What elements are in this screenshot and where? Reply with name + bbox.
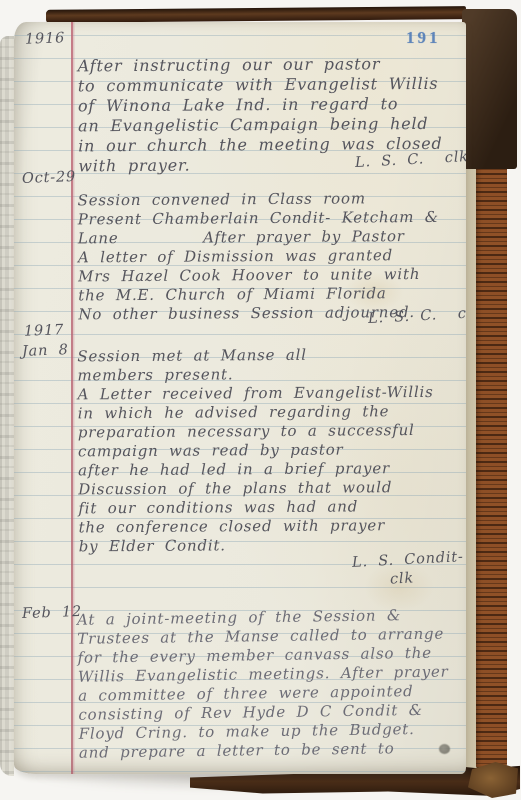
handwritten-line: an Evangelistic Campaign being held [78, 114, 466, 137]
handwritten-line: preparation necessary to a successful [78, 421, 466, 443]
ink-blot [439, 744, 450, 754]
margin-date-oct29: Oct-29 [22, 169, 77, 187]
handwritten-line: Present Chamberlain Condit- Ketcham & [78, 208, 466, 230]
minutes-entry-feb12: At a joint-meeting of the Session &Trust… [77, 605, 466, 762]
red-margin-line [71, 22, 73, 774]
margin-date-feb12: Feb 12 [22, 604, 83, 622]
minutes-entry-oct29: Session convened in Class roomPresent Ch… [78, 189, 466, 325]
page-number: 191 [406, 28, 441, 48]
handwritten-line: of Winona Lake Ind. in regard to [78, 94, 466, 117]
book-cover-corner [462, 9, 517, 169]
ledger-page: 191 1916 Oct-29 1917 Jan 8 Feb 12 After … [14, 22, 466, 774]
margin-year-1916: 1916 [25, 30, 66, 47]
handwritten-line: A Letter received from Evangelist-Willis [78, 383, 466, 405]
handwritten-line: After instructing our our pastor [78, 54, 466, 77]
clerk-signature-title: clk [390, 570, 415, 587]
handwritten-line: to communicate with Evangelist Willis [78, 74, 466, 97]
margin-year-1917: 1917 [24, 322, 65, 339]
scanned-photo: 191 1916 Oct-29 1917 Jan 8 Feb 12 After … [0, 0, 521, 800]
handwritten-line: Mrs Hazel Cook Hoover to unite with [78, 265, 466, 287]
minutes-entry-jan8: Session met at Manse allmembers present.… [77, 345, 466, 557]
margin-date-jan8: Jan 8 [22, 342, 69, 360]
book-top-edge [46, 6, 466, 23]
previous-page-edges [0, 36, 14, 776]
